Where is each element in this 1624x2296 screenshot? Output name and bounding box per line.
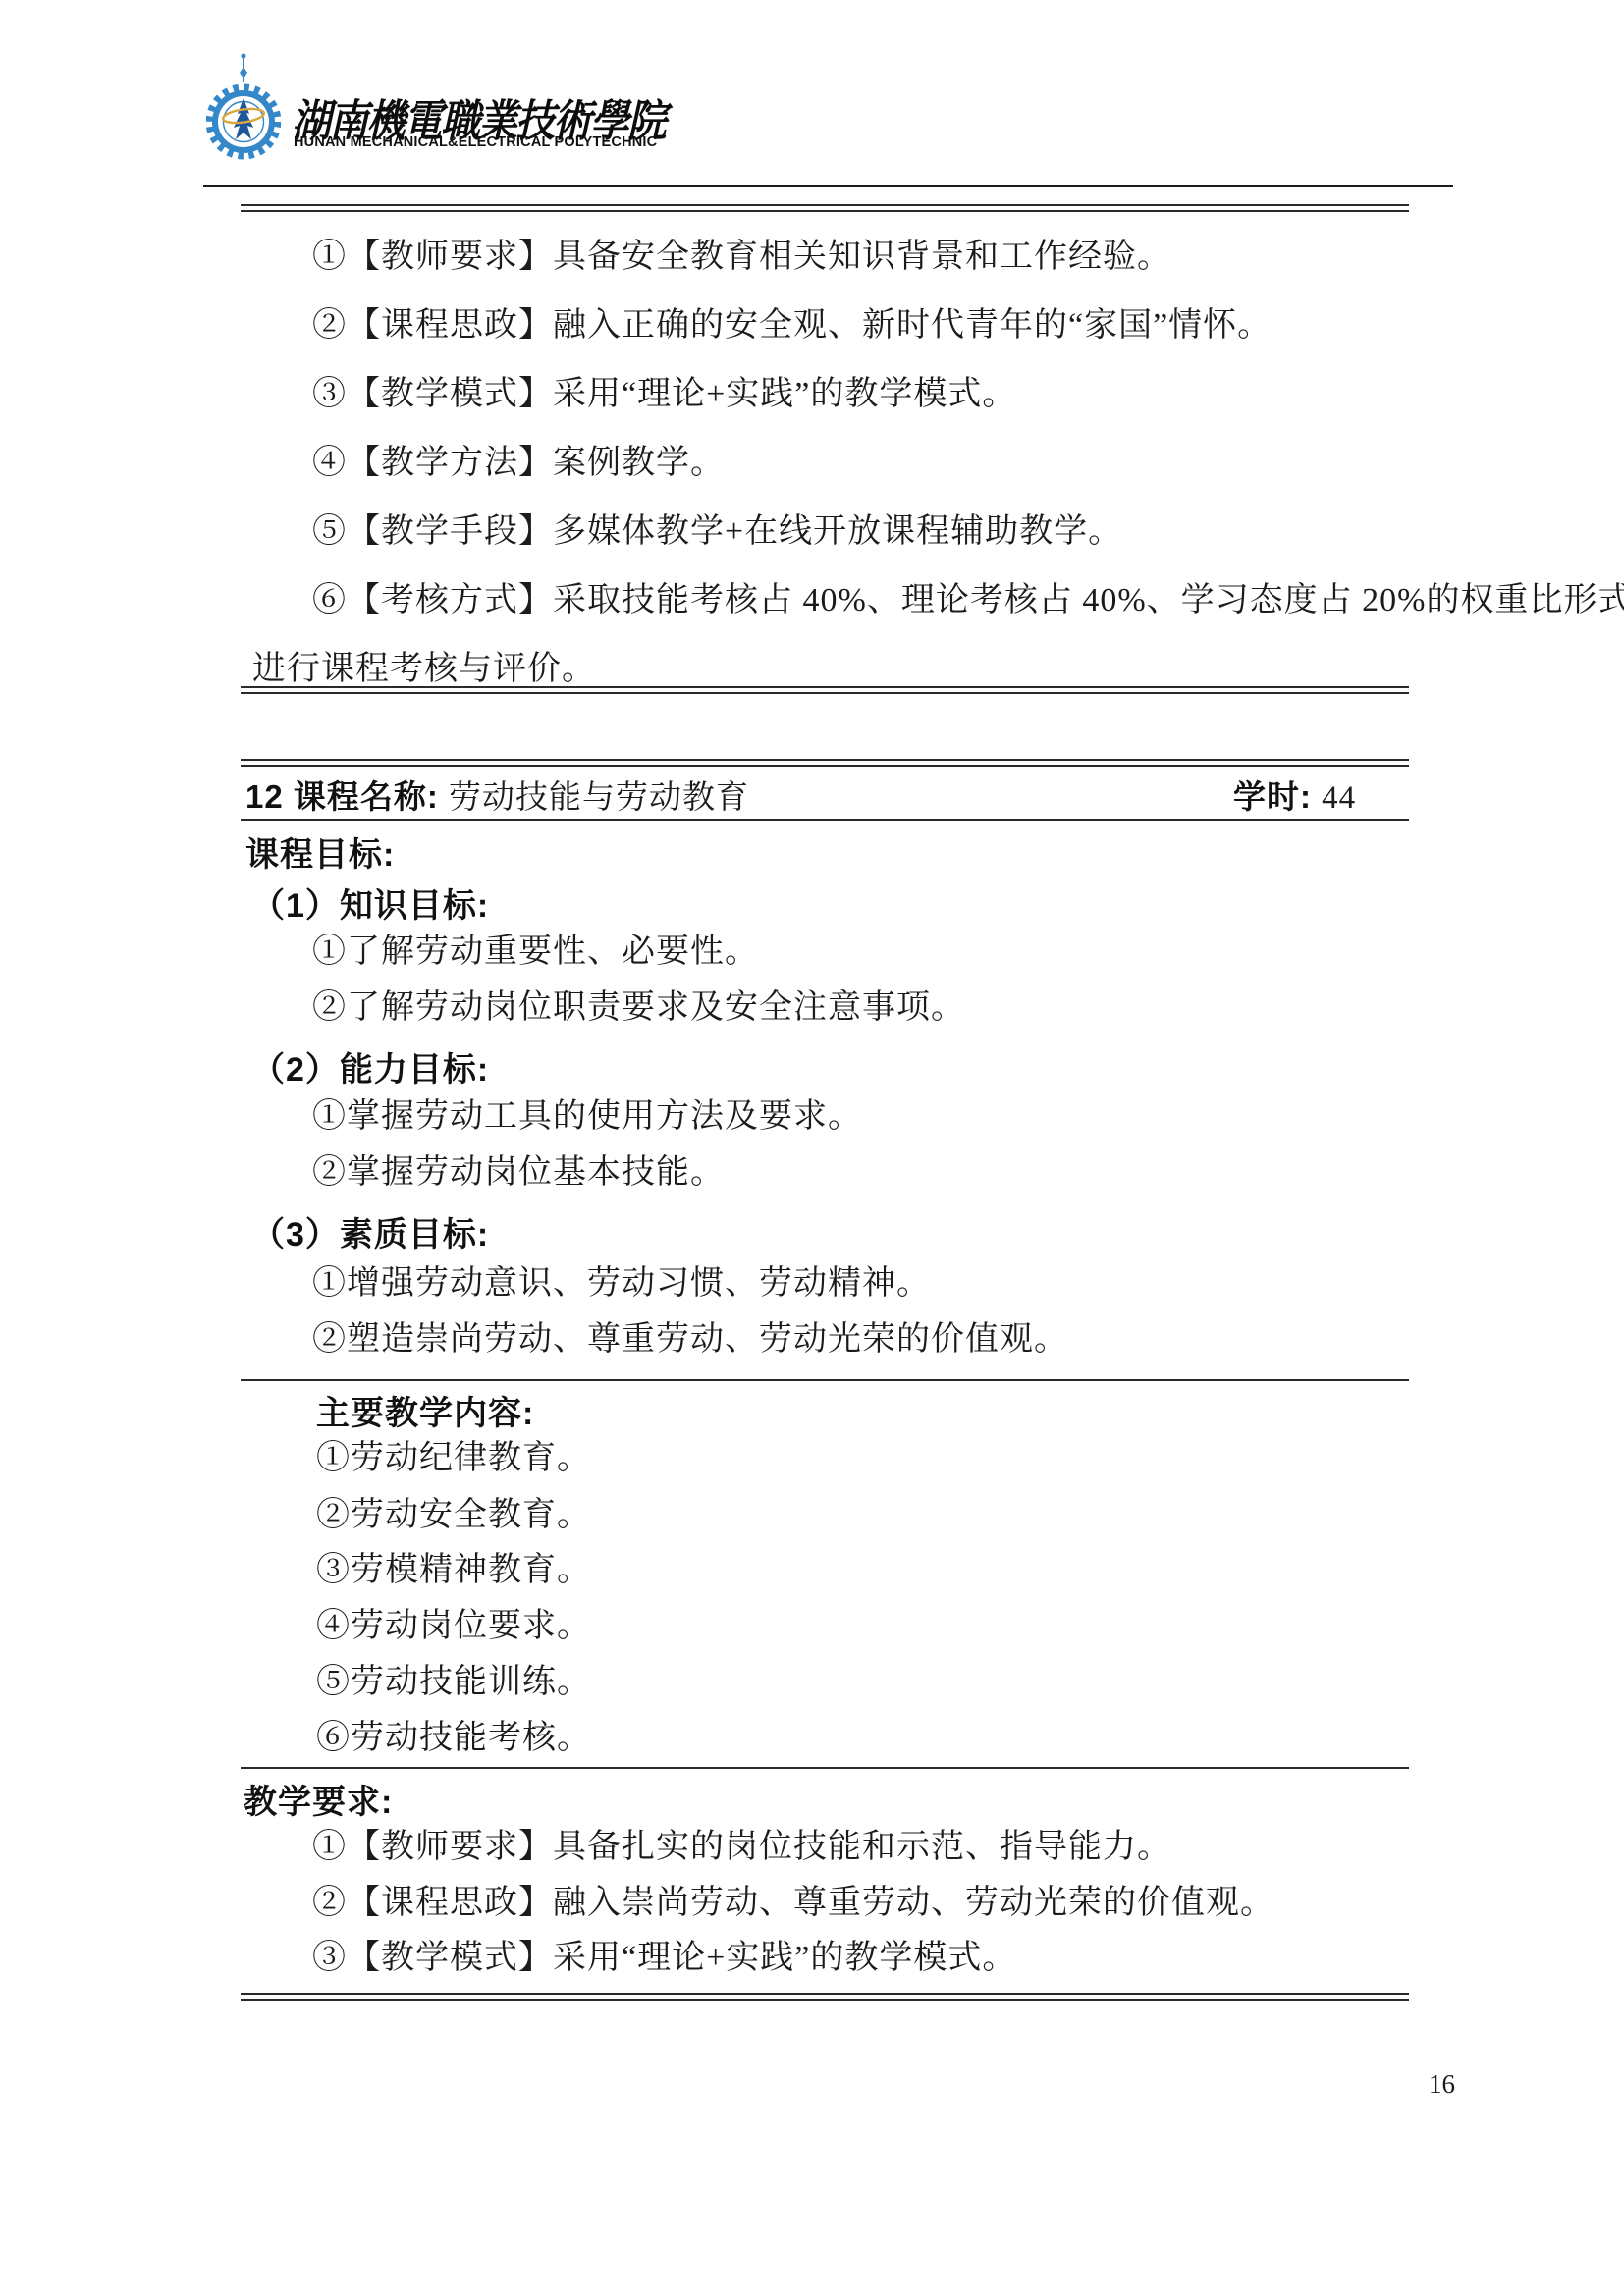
logo-antenna-diamond (240, 67, 247, 79)
quality-objectives-heading: （3）素质目标: (251, 1207, 489, 1255)
teaching-content-heading: 主要教学内容: (316, 1386, 534, 1434)
teaching-requirement-item: ②【课程思政】融入崇尚劳动、尊重劳动、劳动光荣的价值观。 (312, 1884, 1274, 1924)
document-page: { "header": { "school_name_zh": "湖南機電職業技… (0, 0, 1624, 2296)
prev-item-2: ②【课程思政】融入正确的安全观、新时代青年的“家国”情怀。 (312, 306, 1272, 347)
prev-item-3: ③【教学模式】采用“理论+实践”的教学模式。 (312, 375, 1016, 415)
table1-top-border (241, 204, 1409, 212)
school-name-english: HUNAN MECHANICAL&ELECTRICAL POLYTECHNIC (294, 134, 657, 150)
objectives-heading: 课程目标: (245, 828, 395, 876)
page-number: 16 (1429, 2069, 1455, 2100)
course-number-label: 12 课程名称: (245, 778, 449, 815)
school-logo-icon (206, 51, 281, 161)
prev-item-4: ④【教学方法】案例教学。 (312, 444, 725, 484)
header-rule (203, 185, 1453, 187)
ability-objective-item: ②掌握劳动岗位基本技能。 (312, 1153, 725, 1194)
school-logo-graphic (206, 51, 281, 161)
teaching-content-item: ⑥劳动技能考核。 (316, 1719, 591, 1759)
knowledge-objective-item: ②了解劳动岗位职责要求及安全注意事项。 (312, 988, 965, 1029)
prev-item-6: ⑥【考核方式】采取技能考核占 40%、理论考核占 40%、学习态度占 20%的权… (312, 581, 1624, 621)
course-name: 劳动技能与劳动教育 (449, 780, 749, 816)
teaching-content-item: ①劳动纪律教育。 (316, 1439, 591, 1479)
teaching-requirement-item: ③【教学模式】采用“理论+实践”的教学模式。 (312, 1939, 1016, 1979)
content-requirements-divider (241, 1767, 1409, 1769)
quality-objective-item: ①增强劳动意识、劳动习惯、劳动精神。 (312, 1264, 931, 1305)
teaching-content-item: ②劳动安全教育。 (316, 1496, 591, 1536)
teaching-content-item: ④劳动岗位要求。 (316, 1607, 591, 1647)
logo-antenna-tip (241, 53, 245, 58)
course-header-divider (241, 819, 1409, 821)
course-hours-value: 44 (1322, 780, 1356, 816)
objectives-content-divider (241, 1379, 1409, 1381)
teaching-requirements-heading: 教学要求: (244, 1775, 393, 1823)
quality-objective-item: ②塑造崇尚劳动、尊重劳动、劳动光荣的价值观。 (312, 1320, 1068, 1361)
prev-item-1: ①【教师要求】具备安全教育相关知识背景和工作经验。 (312, 238, 1171, 278)
course-hours: 学时: 44 (1233, 772, 1356, 819)
knowledge-objectives-heading: （1）知识目标: (251, 879, 489, 927)
course-header-row: 12 课程名称: 劳动技能与劳动教育 (245, 772, 749, 819)
teaching-content-item: ③劳模精神教育。 (316, 1551, 591, 1591)
teaching-content-item: ⑤劳动技能训练。 (316, 1663, 591, 1703)
table1-bottom-border (241, 686, 1409, 694)
prev-item-5: ⑤【教学手段】多媒体教学+在线开放课程辅助教学。 (312, 512, 1122, 553)
table2-top-border (241, 759, 1409, 767)
prev-item-continuation: 进行课程考核与评价。 (252, 650, 596, 690)
course-hours-label: 学时: (1233, 778, 1322, 815)
teaching-requirement-item: ①【教师要求】具备扎实的岗位技能和示范、指导能力。 (312, 1828, 1171, 1868)
ability-objective-item: ①掌握劳动工具的使用方法及要求。 (312, 1097, 862, 1138)
ability-objectives-heading: （2）能力目标: (251, 1042, 489, 1091)
table2-bottom-border (241, 1993, 1409, 2001)
knowledge-objective-item: ①了解劳动重要性、必要性。 (312, 933, 759, 973)
